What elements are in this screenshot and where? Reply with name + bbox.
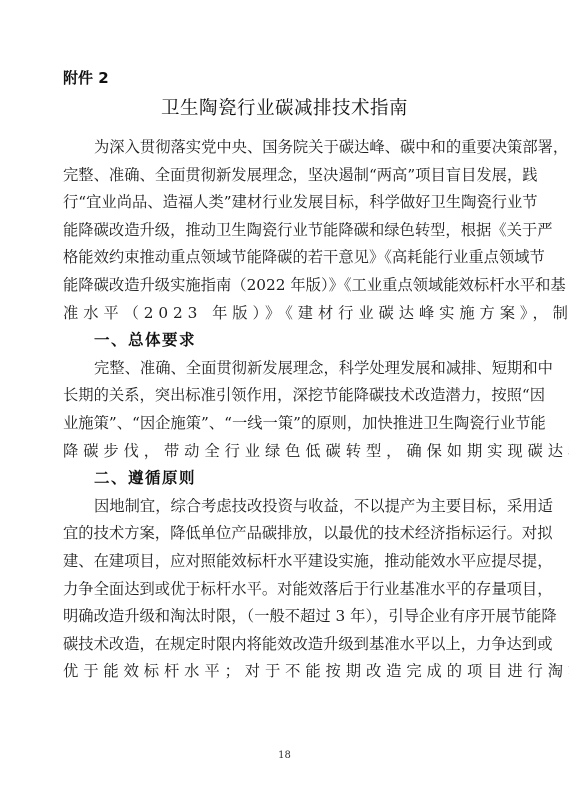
paragraph-line: 力争全面达到或优于标杆水平。对能效落后于行业基准水平的存量项目， [63, 576, 515, 604]
paragraph-line: 明确改造升级和淘汰时限，（一般不超过 3 年），引导企业有序开展节能降 [63, 603, 515, 631]
paragraph-line: 降碳步伐，带动全行业绿色低碳转型，确保如期实现碳达峰目标。 [63, 438, 515, 466]
document-page: 附件 2 卫生陶瓷行业碳减排技术指南 为深入贯彻落实党中央、国务院关于碳达峰、碳… [0, 0, 569, 805]
paragraph-line: 行“宜业尚品、造福人类”建材行业发展目标，科学做好卫生陶瓷行业节 [63, 189, 515, 217]
paragraph-line: 为深入贯彻落实党中央、国务院关于碳达峰、碳中和的重要决策部署， [63, 134, 515, 162]
paragraph-line: 优于能效标杆水平；对于不能按期改造完成的项目进行淘汰。 [63, 658, 515, 686]
attachment-label: 附件 2 [63, 68, 109, 88]
paragraph-line: 完整、准确、全面贯彻新发展理念，科学处理发展和减排、短期和中 [63, 355, 515, 383]
section-general-requirements: 一、总体要求 完整、准确、全面贯彻新发展理念，科学处理发展和减排、短期和中 长期… [63, 327, 515, 465]
section-heading: 二、遵循原则 [63, 465, 515, 493]
paragraph-line: 建、在建项目，应对照能效标杆水平建设实施，推动能效水平应提尽提， [63, 548, 515, 576]
document-title: 卫生陶瓷行业碳减排技术指南 [0, 97, 569, 121]
paragraph-line: 完整、准确、全面贯彻新发展理念，坚决遏制“两高”项目盲目发展，践 [63, 162, 515, 190]
paragraph-line: 能降碳改造升级，推动卫生陶瓷行业节能降碳和绿色转型，根据《关于严 [63, 217, 515, 245]
paragraph-line: 长期的关系，突出标准引领作用，深挖节能降碳技术改造潜力，按照“因 [63, 382, 515, 410]
paragraph-line: 准水平（2023 年版）》《建材行业碳达峰实施方案》，制定本技术指南。 [63, 300, 515, 328]
section-guiding-principles: 二、遵循原则 因地制宜，综合考虑技改投资与收益，不以提产为主要目标，采用适 宜的… [63, 465, 515, 686]
paragraph-line: 业施策”、“因企施策”、“一线一策”的原则，加快推进卫生陶瓷行业节能 [63, 410, 515, 438]
paragraph-line: 格能效约束推动重点领域节能降碳的若干意见》《高耗能行业重点领域节 [63, 244, 515, 272]
document-body: 为深入贯彻落实党中央、国务院关于碳达峰、碳中和的重要决策部署， 完整、准确、全面… [63, 134, 515, 686]
paragraph-line: 碳技术改造，在规定时限内将能效改造升级到基准水平以上，力争达到或 [63, 631, 515, 659]
intro-paragraph: 为深入贯彻落实党中央、国务院关于碳达峰、碳中和的重要决策部署， 完整、准确、全面… [63, 134, 515, 327]
paragraph-line: 因地制宜，综合考虑技改投资与收益，不以提产为主要目标，采用适 [63, 493, 515, 521]
paragraph-line: 宜的技术方案，降低单位产品碳排放，以最优的技术经济指标运行。对拟 [63, 520, 515, 548]
section-heading: 一、总体要求 [63, 327, 515, 355]
paragraph-line: 能降碳改造升级实施指南（2022 年版）》《工业重点领域能效标杆水平和基 [63, 272, 515, 300]
page-number: 18 [0, 750, 569, 761]
